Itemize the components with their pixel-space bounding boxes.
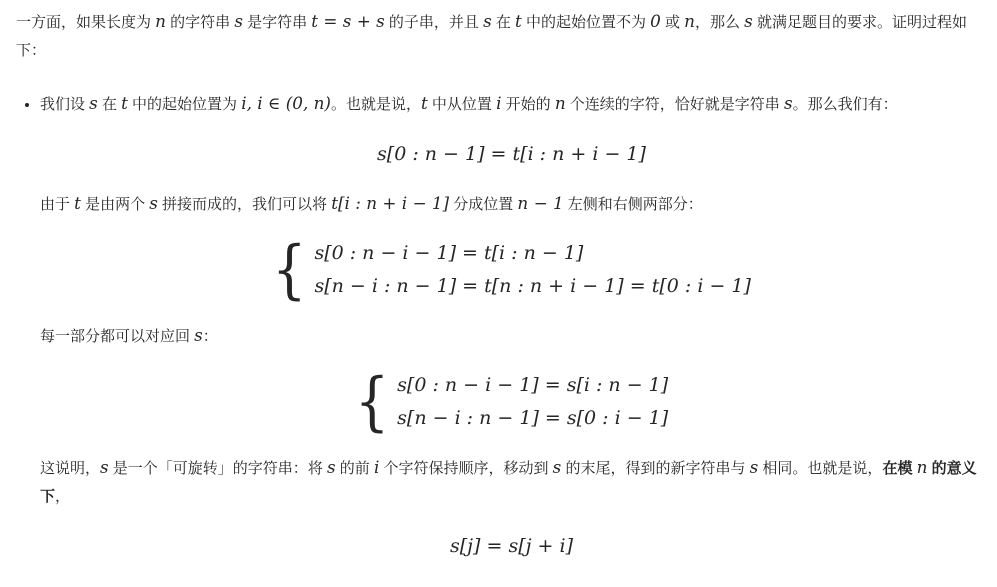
text-run: 个字符保持顺序，移动到	[379, 460, 552, 477]
text-run: 中从位置	[428, 96, 496, 113]
text-run: 开始的	[501, 96, 554, 113]
inline-math: s	[149, 193, 158, 213]
cases-lines: s[0 : n − i − 1] = s[i : n − 1] s[n − i …	[397, 369, 668, 435]
text-run: 或	[661, 14, 684, 31]
inline-math: t = s + s	[311, 11, 384, 31]
case-line-1: s[0 : n − i − 1] = t[i : n − 1]	[314, 237, 750, 270]
inline-math: t	[74, 193, 81, 213]
inline-math: t[i : n + i − 1]	[331, 193, 449, 213]
text-run: 的末尾，得到的新字符串与	[561, 460, 749, 477]
text-run: 在	[492, 14, 515, 31]
text-run: 是字符串	[243, 14, 311, 31]
inline-math: t	[421, 93, 428, 113]
text-run: 中的起始位置不为	[522, 14, 650, 31]
text-run: 中的起始位置为	[128, 96, 241, 113]
intro-paragraph: 一方面，如果长度为 n 的字符串 s 是字符串 t = s + s 的子串，并且…	[16, 7, 983, 65]
text-run: 在	[98, 96, 121, 113]
inline-math: s	[234, 11, 243, 31]
text-run: 的子串，并且	[385, 14, 483, 31]
text-run: ：	[203, 328, 218, 345]
text-run: 是一个「可旋转」的字符串：将	[109, 460, 327, 477]
left-brace-glyph: {	[272, 238, 306, 302]
text-run: 一方面，如果长度为	[16, 14, 155, 31]
inline-math: s	[750, 457, 759, 477]
cases-lines: s[0 : n − i − 1] = t[i : n − 1] s[n − i …	[314, 237, 750, 303]
inline-math: s	[483, 11, 492, 31]
proof-list: 我们设 s 在 t 中的起始位置为 i, i ∈ (0, n)。也就是说，t 中…	[16, 89, 983, 560]
cases-block-t: { s[0 : n − i − 1] = t[i : n − 1] s[n − …	[40, 237, 983, 303]
case-line-1: s[0 : n − i − 1] = s[i : n − 1]	[397, 369, 668, 402]
text-run: 拼接而成的，我们可以将	[158, 196, 331, 213]
text-run: 左侧和右侧两部分：	[564, 196, 703, 213]
inline-math: n − 1	[517, 193, 563, 213]
display-formula-modular: s[j] = s[j + i]	[40, 532, 983, 560]
inline-math: n	[917, 457, 928, 477]
text-run: 每一部分都可以对应回	[40, 328, 194, 345]
map-back-paragraph: 每一部分都可以对应回 s：	[40, 321, 983, 351]
text-run: 我们设	[40, 96, 89, 113]
proof-list-item: 我们设 s 在 t 中的起始位置为 i, i ∈ (0, n)。也就是说，t 中…	[40, 89, 983, 560]
text-run: 在模	[882, 460, 916, 477]
inline-math: s	[744, 11, 753, 31]
text-run: 相同。也就是说，	[758, 460, 882, 477]
display-formula-substring: s[0 : n − 1] = t[i : n + i − 1]	[40, 140, 983, 168]
text-run: 。也就是说，	[331, 96, 421, 113]
inline-math: s	[100, 457, 109, 477]
inline-math: s	[194, 325, 203, 345]
inline-math: n	[555, 93, 566, 113]
inline-math: n	[155, 11, 166, 31]
solution-document: 一方面，如果长度为 n 的字符串 s 是字符串 t = s + s 的子串，并且…	[0, 0, 997, 560]
text-run: 由于	[40, 196, 74, 213]
text-run: 是由两个	[81, 196, 149, 213]
case-line-2: s[n − i : n − 1] = t[n : n + i − 1] = t[…	[314, 270, 750, 303]
inline-math: t	[515, 11, 522, 31]
inline-math: t	[121, 93, 128, 113]
text-run: 这说明，	[40, 460, 100, 477]
inline-math: 0	[650, 11, 661, 31]
text-run: 分成位置	[449, 196, 517, 213]
text-run: 。那么我们有：	[793, 96, 898, 113]
text-run: 的前	[336, 460, 374, 477]
cases-block-s: { s[0 : n − i − 1] = s[i : n − 1] s[n − …	[40, 369, 983, 435]
inline-math: s	[89, 93, 98, 113]
inline-math: i, i ∈ (0, n)	[241, 93, 331, 113]
inline-math: n	[684, 11, 695, 31]
inline-math: s	[553, 457, 562, 477]
text-run: 个连续的字符，恰好就是字符串	[566, 96, 784, 113]
text-run: ，那么	[695, 14, 744, 31]
case-line-2: s[n − i : n − 1] = s[0 : i − 1]	[397, 402, 668, 435]
text-run: 的字符串	[166, 14, 234, 31]
text-run: ，	[55, 488, 70, 505]
split-paragraph: 由于 t 是由两个 s 拼接而成的，我们可以将 t[i : n + i − 1]…	[40, 189, 983, 219]
setup-paragraph: 我们设 s 在 t 中的起始位置为 i, i ∈ (0, n)。也就是说，t 中…	[40, 89, 983, 119]
inline-math: s	[784, 93, 793, 113]
left-brace-glyph: {	[355, 370, 389, 434]
inline-math: s	[327, 457, 336, 477]
rotation-conclusion-paragraph: 这说明，s 是一个「可旋转」的字符串：将 s 的前 i 个字符保持顺序，移动到 …	[40, 453, 983, 511]
